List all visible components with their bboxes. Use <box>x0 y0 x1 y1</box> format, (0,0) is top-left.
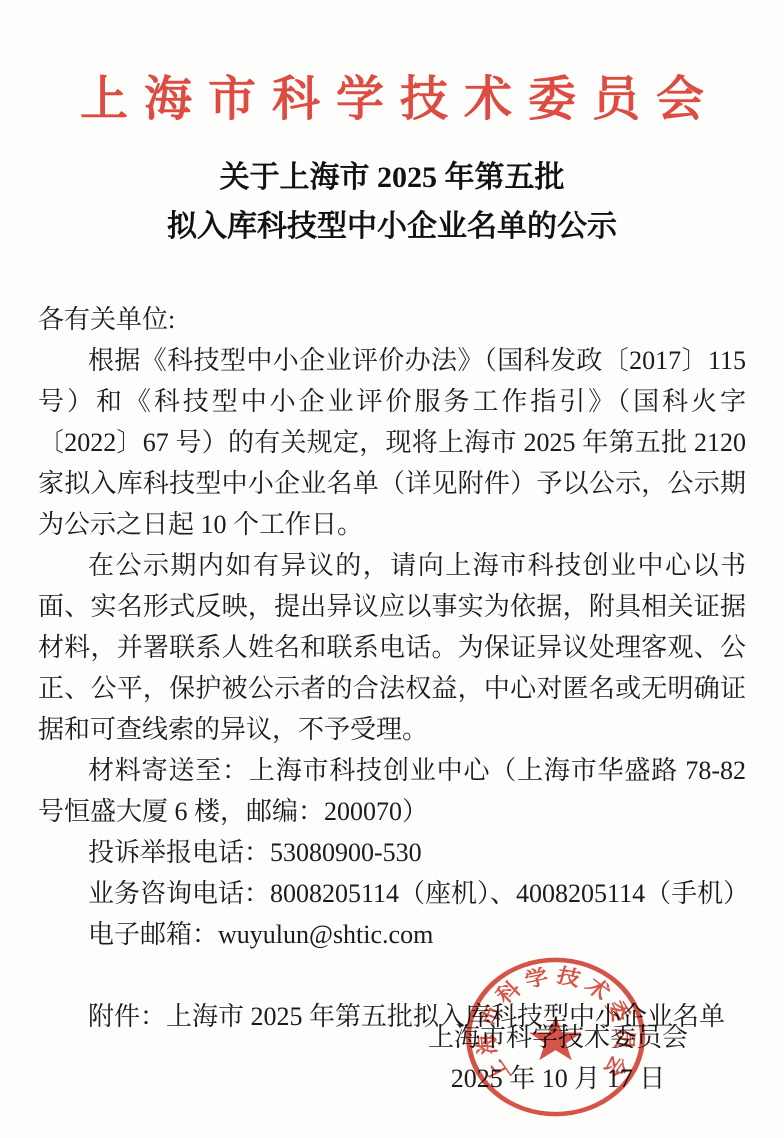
body-paragraph-complaint-phone: 投诉举报电话：53080900-530 <box>38 832 746 873</box>
document-body: 各有关单位: 根据《科技型中小企业评价办法》（国科发政〔2017〕115 号）和… <box>38 299 746 1037</box>
title-line-2: 拟入库科技型中小企业名单的公示 <box>0 202 784 251</box>
body-paragraph-mail-address: 材料寄送至：上海市科技创业中心（上海市华盛路 78-82 号恒盛大厦 6 楼，邮… <box>38 750 746 832</box>
body-paragraph: 在公示期内如有异议的，请向上海市科技创业中心以书面、实名形式反映，提出异议应以事… <box>38 545 746 750</box>
document-title: 关于上海市 2025 年第五批 拟入库科技型中小企业名单的公示 <box>0 153 784 251</box>
title-line-1: 关于上海市 2025 年第五批 <box>0 153 784 202</box>
body-paragraph: 根据《科技型中小企业评价办法》（国科发政〔2017〕115 号）和《科技型中小企… <box>38 340 746 545</box>
salutation: 各有关单位: <box>38 299 746 340</box>
signature-block: 上海市科学技术委员会 2025 年 10 月 17 日 <box>408 1017 708 1099</box>
body-paragraph-email: 电子邮箱：wuyulun@shtic.com <box>38 914 746 955</box>
signature-date: 2025 年 10 月 17 日 <box>408 1058 708 1099</box>
letterhead-org-name: 上海市科学技术委员会 <box>0 60 784 129</box>
body-paragraph-service-phone: 业务咨询电话：8008205114（座机）、4008205114（手机） <box>38 873 746 914</box>
document-page: 上海市科学技术委员会 关于上海市 2025 年第五批 拟入库科技型中小企业名单的… <box>0 0 784 1138</box>
signature-organization: 上海市科学技术委员会 <box>408 1017 708 1058</box>
